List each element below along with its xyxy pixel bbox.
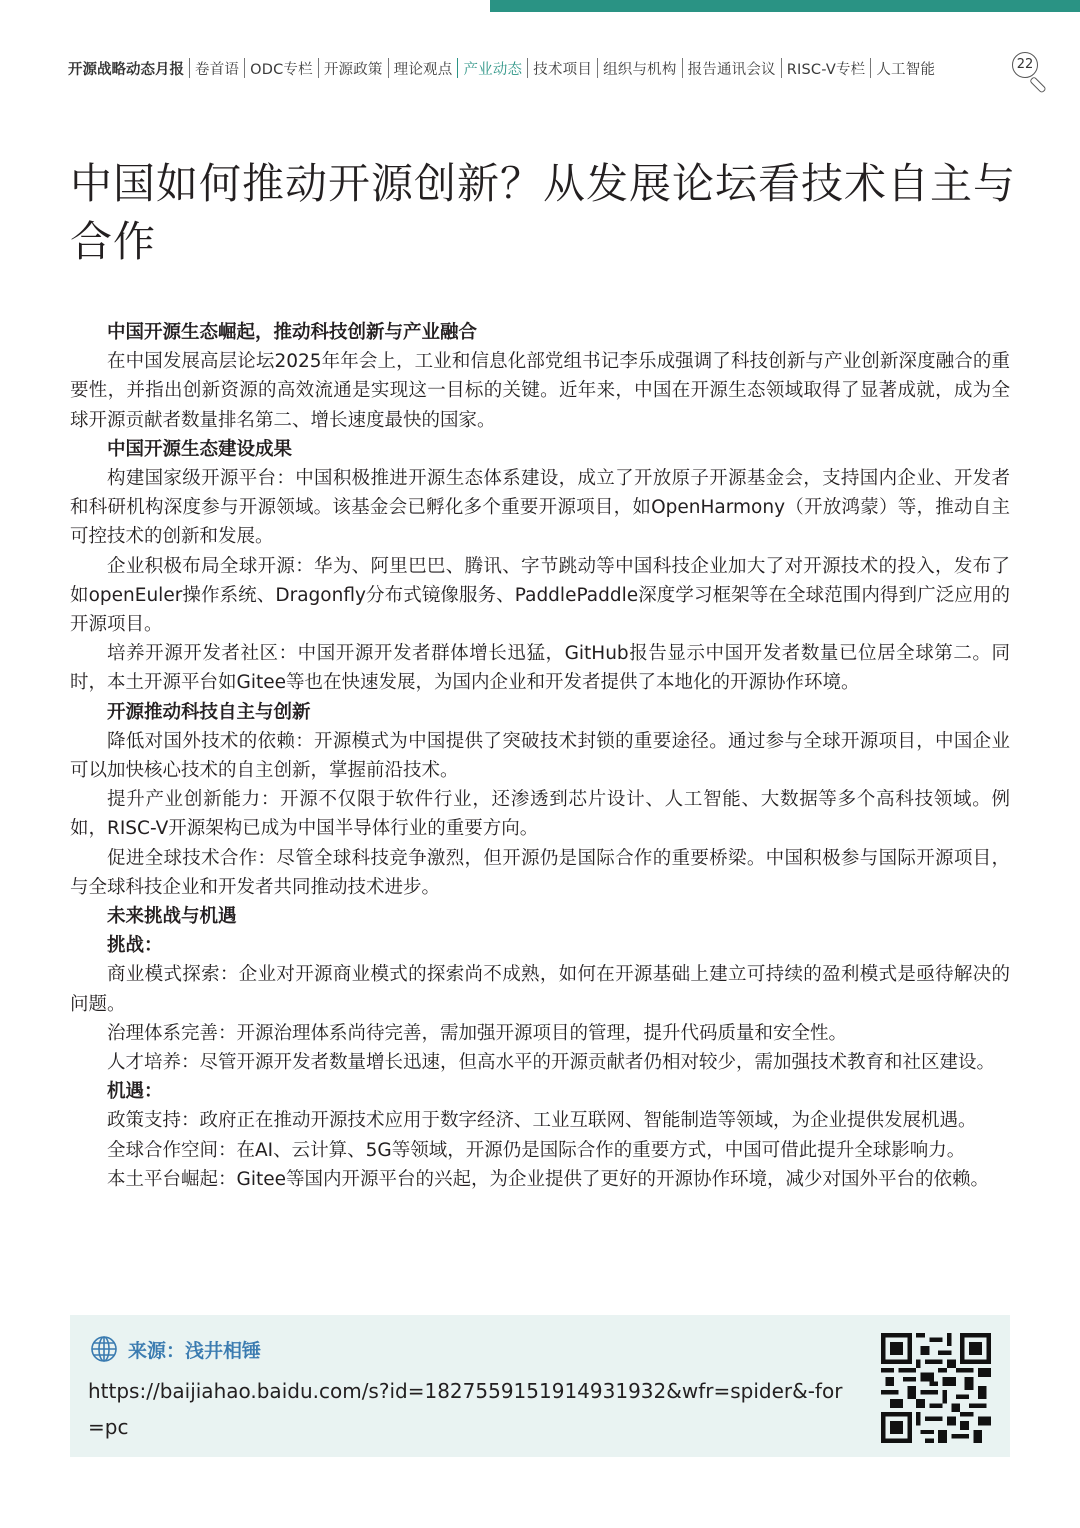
subheading-opportunities: 机遇： — [70, 1077, 1010, 1106]
section-nav: 开源战略动态月报 卷首语 ODC专栏 开源政策 理论观点 产业动态 技术项目 组… — [68, 55, 935, 81]
paragraph: 治理体系完善：开源治理体系尚待完善，需加强开源项目的管理，提升代码质量和安全性。 — [70, 1019, 1010, 1048]
article-body: 中国开源生态崛起，推动科技创新与产业融合 在中国发展高层论坛2025年年会上，工… — [70, 318, 1010, 1194]
nav-divider — [870, 58, 871, 78]
nav-divider — [457, 58, 458, 78]
paragraph: 构建国家级开源平台：中国积极推进开源生态体系建设，成立了开放原子开源基金会，支持… — [70, 464, 1010, 552]
nav-item-ai[interactable]: 人工智能 — [876, 58, 935, 79]
nav-item-preface[interactable]: 卷首语 — [195, 58, 239, 79]
nav-divider — [318, 58, 319, 78]
nav-item-theory[interactable]: 理论观点 — [394, 58, 453, 79]
nav-divider — [682, 58, 683, 78]
paragraph: 提升产业创新能力：开源不仅限于软件行业，还渗透到芯片设计、人工智能、大数据等多个… — [70, 785, 1010, 843]
nav-item-riscv[interactable]: RISC-V专栏 — [787, 58, 866, 79]
source-url-link[interactable]: https://baijiahao.baidu.com/s?id=1827559… — [88, 1373, 848, 1445]
section-heading: 中国开源生态崛起，推动科技创新与产业融合 — [70, 318, 1010, 347]
source-box: 来源：浅井相锤 https://baijiahao.baidu.com/s?id… — [70, 1315, 1010, 1457]
source-header: 来源：浅井相锤 — [90, 1335, 261, 1363]
nav-divider — [781, 58, 782, 78]
paragraph: 政策支持：政府正在推动开源技术应用于数字经济、工业互联网、智能制造等领域，为企业… — [70, 1106, 1010, 1135]
paragraph: 本土平台崛起：Gitee等国内开源平台的兴起，为企业提供了更好的开源协作环境，减… — [70, 1165, 1010, 1194]
nav-item-reports[interactable]: 报告通讯会议 — [688, 58, 776, 79]
nav-divider — [597, 58, 598, 78]
page-number: 22 — [1017, 57, 1034, 72]
nav-item-odc[interactable]: ODC专栏 — [250, 58, 313, 79]
paragraph: 降低对国外技术的依赖：开源模式为中国提供了突破技术封锁的重要途径。通过参与全球开… — [70, 727, 1010, 785]
globe-icon — [90, 1335, 118, 1363]
section-heading: 开源推动科技自主与创新 — [70, 698, 1010, 727]
paragraph: 培养开源开发者社区：中国开源开发者群体增长迅猛，GitHub报告显示中国开发者数… — [70, 639, 1010, 697]
paragraph: 在中国发展高层论坛2025年年会上，工业和信息化部党组书记李乐成强调了科技创新与… — [70, 347, 1010, 435]
paragraph: 商业模式探索：企业对开源商业模式的探索尚不成熟，如何在开源基础上建立可持续的盈利… — [70, 960, 1010, 1018]
nav-item-policy[interactable]: 开源政策 — [324, 58, 383, 79]
paragraph: 促进全球技术合作：尽管全球科技竞争激烈，但开源仍是国际合作的重要桥梁。中国积极参… — [70, 844, 1010, 902]
section-heading: 未来挑战与机遇 — [70, 902, 1010, 931]
magnifier-icon: 22 — [1012, 52, 1038, 78]
page-number-badge: 22 — [1012, 52, 1052, 92]
nav-divider — [527, 58, 528, 78]
paragraph: 全球合作空间：在AI、云计算、5G等领域，开源仍是国际合作的重要方式，中国可借此… — [70, 1136, 1010, 1165]
subheading-challenges: 挑战： — [70, 931, 1010, 960]
paragraph: 企业积极布局全球开源：华为、阿里巴巴、腾讯、字节跳动等中国科技企业加大了对开源技… — [70, 552, 1010, 640]
article-title: 中国如何推动开源创新？从发展论坛看技术自主与合作 — [70, 155, 1020, 271]
top-accent-bar — [490, 0, 1080, 12]
nav-divider — [388, 58, 389, 78]
paragraph: 人才培养：尽管开源开发者数量增长迅速，但高水平的开源贡献者仍相对较少，需加强技术… — [70, 1048, 1010, 1077]
nav-item-industry[interactable]: 产业动态 — [463, 58, 522, 79]
qr-code-icon — [880, 1333, 992, 1443]
source-label: 来源：浅井相锤 — [128, 1336, 261, 1363]
publication-name: 开源战略动态月报 — [68, 58, 184, 79]
section-heading: 中国开源生态建设成果 — [70, 435, 1010, 464]
nav-divider — [244, 58, 245, 78]
magnifier-handle — [1029, 76, 1047, 94]
nav-item-tech-projects[interactable]: 技术项目 — [533, 58, 592, 79]
nav-item-organizations[interactable]: 组织与机构 — [603, 58, 677, 79]
nav-divider — [189, 58, 190, 78]
